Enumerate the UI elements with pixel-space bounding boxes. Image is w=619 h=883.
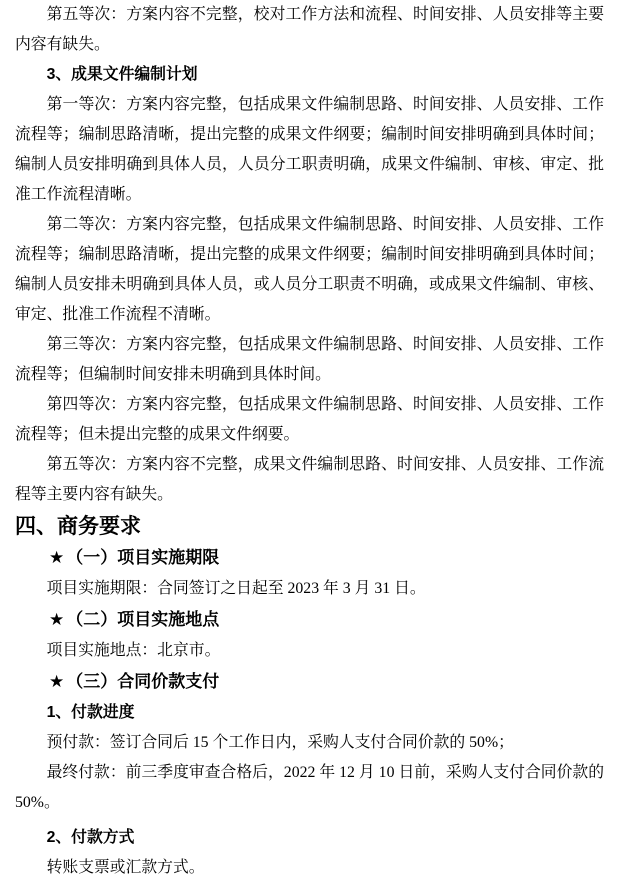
subsection-heading-payment-schedule: 1、付款进度	[15, 698, 604, 728]
starred-heading-contract-payment: ★（三）合同价款支付	[15, 667, 604, 697]
starred-heading-implementation-period: ★（一）项目实施期限	[15, 543, 604, 573]
section-heading-commercial-requirements: 四、商务要求	[15, 512, 604, 542]
subsection-heading-payment-method: 2、付款方式	[15, 823, 604, 853]
document-page: 第五等次：方案内容不完整，校对工作方法和流程、时间安排、人员安排等主要内容有缺失…	[0, 0, 619, 883]
starred-heading-implementation-location: ★（二）项目实施地点	[15, 605, 604, 635]
star-icon: ★	[49, 672, 64, 691]
paragraph-grade1: 第一等次：方案内容完整，包括成果文件编制思路、时间安排、人员安排、工作流程等；编…	[15, 90, 604, 210]
subsection-heading-deliverable-plan: 3、成果文件编制计划	[15, 60, 604, 90]
star-icon: ★	[49, 610, 64, 629]
starred-heading-label: （一）项目实施期限	[66, 548, 219, 567]
paragraph-implementation-period: 项目实施期限：合同签订之日起至 2023 年 3 月 31 日。	[15, 574, 604, 604]
paragraph-implementation-location: 项目实施地点：北京市。	[15, 636, 604, 666]
starred-heading-label: （二）项目实施地点	[66, 610, 219, 629]
paragraph-grade5: 第五等次：方案内容不完整，成果文件编制思路、时间安排、人员安排、工作流程等主要内…	[15, 450, 604, 510]
paragraph-payment-method: 转账支票或汇款方式。	[15, 853, 604, 883]
paragraph-grade5-proofreading: 第五等次：方案内容不完整，校对工作方法和流程、时间安排、人员安排等主要内容有缺失…	[15, 0, 604, 60]
starred-heading-label: （三）合同价款支付	[66, 672, 219, 691]
paragraph-grade2: 第二等次：方案内容完整，包括成果文件编制思路、时间安排、人员安排、工作流程等；编…	[15, 210, 604, 330]
paragraph-grade4: 第四等次：方案内容完整，包括成果文件编制思路、时间安排、人员安排、工作流程等；但…	[15, 390, 604, 450]
paragraph-final-payment: 最终付款：前三季度审查合格后，2022 年 12 月 10 日前，采购人支付合同…	[15, 758, 604, 818]
star-icon: ★	[49, 548, 64, 567]
paragraph-advance-payment: 预付款：签订合同后 15 个工作日内，采购人支付合同价款的 50%；	[15, 728, 604, 758]
paragraph-grade3: 第三等次：方案内容完整，包括成果文件编制思路、时间安排、人员安排、工作流程等；但…	[15, 330, 604, 390]
